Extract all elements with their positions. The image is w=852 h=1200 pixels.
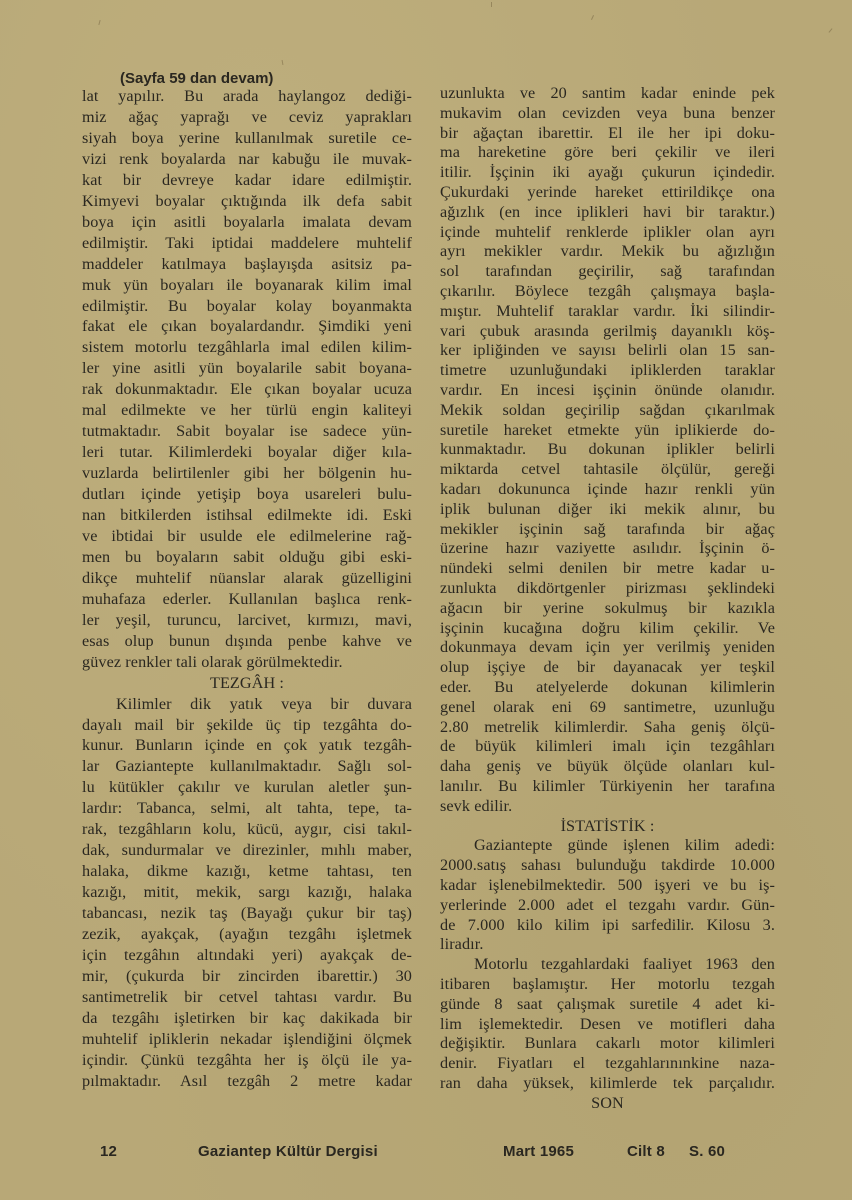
text-line: ler yine asitli yün boyalarile sabit boy… xyxy=(82,359,412,377)
text-line: vardır. En incesi işçinin önünde olanıdı… xyxy=(440,381,775,399)
text-line: çıkarılır. Böylece tezgâh çalışmaya başl… xyxy=(440,282,775,300)
text-line: denir. Fiyatları el tezgahlarınınkine na… xyxy=(440,1054,775,1072)
section-heading: SON xyxy=(440,1094,775,1112)
text-line: iplik bulunan diğer iki mekik alınır, bu xyxy=(440,500,775,518)
footer-volume: Cilt 8 xyxy=(627,1143,665,1160)
text-line: yerlerinde 2.000 adet el tezgahı vardır.… xyxy=(440,896,775,914)
text-line: dikçe muhtelif nüanslar alarak güzelligi… xyxy=(82,569,412,587)
text-line: halaka, dikme kazığı, ketme tahtası, ten xyxy=(82,862,412,880)
section-heading: TEZGÂH : xyxy=(82,674,412,692)
text-line: Mekik soldan geçirilip sağdan çıkarılmak xyxy=(440,401,775,419)
text-line: Motorlu tezgahlardaki faaliyet 1963 den xyxy=(440,955,775,973)
text-line: da tezgâhı işletirken bir kaç dakikada b… xyxy=(82,1009,412,1027)
text-line: lanılır. Bu kilimler Türkiyenin her tara… xyxy=(440,777,775,795)
text-line: lar Gaziantepte kullanılmaktadır. Sağlı … xyxy=(82,757,412,775)
text-line: nan bitkilerden istihsal edilmekte idi. … xyxy=(82,506,412,524)
section-heading: İSTATİSTİK : xyxy=(440,817,775,835)
text-line: içindir. Çünkü tezgâhta her iş ölçü ile … xyxy=(82,1051,412,1069)
text-line: dak, sundurmalar ve direzinler, mıhlı ma… xyxy=(82,841,412,859)
text-line: kunmaktadır. Bu dokunan iplikler belirli xyxy=(440,440,775,458)
text-line: kadar işlenebilmektedir. 500 işyeri ve b… xyxy=(440,876,775,894)
text-line: lu kütükler çakılır ve kurulan aletler ş… xyxy=(82,778,412,796)
footer-magazine-title: Gaziantep Kültür Dergisi xyxy=(198,1143,378,1160)
text-line: fakat ele çıkan boyalardandır. Şimdiki y… xyxy=(82,317,412,335)
text-line: boya için asitli boyalarla imalata devam xyxy=(82,213,412,231)
text-line: ler yeşil, turuncu, larcivet, kırmızı, m… xyxy=(82,611,412,629)
text-line: daha geniş ve büyük ölçüde olanları kul- xyxy=(440,757,775,775)
text-line: miz ağaç yaprağı ve ceviz yaprakları xyxy=(82,108,412,126)
continuation-heading: (Sayfa 59 dan devam) xyxy=(120,70,273,87)
text-line: dutları içinde yetişip boya usareleri bu… xyxy=(82,485,412,503)
text-line: vari çubuk arasında gerilmiş dayanıklı k… xyxy=(440,322,775,340)
text-line: ağacın bir yerine sokulmuş bir kazıkla xyxy=(440,599,775,617)
text-line: zunlukta dikdörtgenler pirizması şeklind… xyxy=(440,579,775,597)
text-line: edilmiştir. Taki iptidai maddelere muhte… xyxy=(82,234,412,252)
text-line: muk yün boyaları ile boyanarak kilim ima… xyxy=(82,276,412,294)
text-line: 2000.satış sahası bulunduğu takdirde 10.… xyxy=(440,856,775,874)
text-line: mukavim olan cevizden veya buna benzer xyxy=(440,104,775,122)
text-line: men bu boyaların sabit olduğu gibi eski- xyxy=(82,548,412,566)
text-line: zezik, ayakçak, (ayağın tezgâhı işletmek xyxy=(82,925,412,943)
text-line: günde 8 saat çalışmak suretile 4 adet ki… xyxy=(440,995,775,1013)
text-line: ağızlık (en ince iplikleri havi bir tara… xyxy=(440,203,775,221)
text-line: kazığı, mitit, mekik, sargı kazığı, hala… xyxy=(82,883,412,901)
text-line: esas olup bunun dışında penbe kahve ve xyxy=(82,632,412,650)
magazine-page: (Sayfa 59 dan devam) lat yapılır. Bu ara… xyxy=(0,0,852,1200)
text-line: sistem motorlu tezgâhlarla imal edilen k… xyxy=(82,338,412,356)
text-line: Gaziantepte günde işlenen kilim adedi: xyxy=(440,836,775,854)
text-line: suretile hareket etmekte yün iplikierde … xyxy=(440,421,775,439)
text-line: ran daha yüksek, kilimlerde tek parçalıd… xyxy=(440,1074,775,1092)
footer-page-number: 12 xyxy=(100,1143,117,1160)
text-line: rak dokunmaktadır. Ele çıkan boyalar ucu… xyxy=(82,380,412,398)
text-line: itibaren başlamıştır. Her motorlu tezgah xyxy=(440,975,775,993)
footer-date: Mart 1965 xyxy=(503,1143,574,1160)
text-line: sevk edilir. xyxy=(440,797,775,815)
text-line: pılmaktadır. Asıl tezgâh 2 metre kadar xyxy=(82,1072,412,1090)
text-line: genel olarak eni 69 santimetre, uzunluğu xyxy=(440,698,775,716)
text-line: bir ağaçtan ibarettir. El ile her ipi do… xyxy=(440,124,775,142)
text-line: leri tutar. Kilimlerdeki boyalar diğer k… xyxy=(82,443,412,461)
text-line: ker ipliğinden ve sayısı belirli olan 15… xyxy=(440,341,775,359)
text-line: timetre uzunluğundaki ipliklerden tarakl… xyxy=(440,361,775,379)
text-line: dokunmaya devam için yer verilmiş yenide… xyxy=(440,638,775,656)
text-line: tutmaktadır. Sabit boyalar ise sadece yü… xyxy=(82,422,412,440)
text-line: Kilimler dik yatık veya bir duvara xyxy=(82,695,412,713)
text-line: lim işlemektedir. Desen ve motifleri dah… xyxy=(440,1015,775,1033)
text-line: ma hareketine göre beri çekilir ve ileri xyxy=(440,143,775,161)
text-line: olup işçiye de bir dayanacak yer teşkil xyxy=(440,658,775,676)
text-line: lardır: Tabanca, selmi, alt tahta, tepe,… xyxy=(82,799,412,817)
text-line: Çukurdaki yerinde hareket ettirildikçe o… xyxy=(440,183,775,201)
text-line: kadarı dokununca içinde hazır renkli yün xyxy=(440,480,775,498)
text-line: miktarda cetvel tahtasile ölçülür, gereğ… xyxy=(440,460,775,478)
text-line: mekikler işçinin sağ tarafında bir ağaç xyxy=(440,520,775,538)
text-line: ve ibtidai bir usulde ele edilmelerine r… xyxy=(82,527,412,545)
text-line: vizi renk boyalarda nar kabuğu ile muvak… xyxy=(82,150,412,168)
text-line: sol tarafından geçirilir, sağ tarafından xyxy=(440,262,775,280)
text-line: de 7.000 kilo kilim ipi sarfedilir. Kilo… xyxy=(440,916,775,934)
text-line: mıştır. Muhtelif taraklar vardır. İki si… xyxy=(440,302,775,320)
text-line: liradır. xyxy=(440,935,775,953)
text-line: vuzlarda belirtilenler gibi her bölgenin… xyxy=(82,464,412,482)
text-line: işçinin kucağına doğru kilim çekilir. Ve xyxy=(440,619,775,637)
text-line: santimetrelik bir cetvel tahtası vardır.… xyxy=(82,988,412,1006)
text-line: nündeki selmi denilen bir metre kadar u- xyxy=(440,559,775,577)
text-line: ayrı mekikler vardır. Mekik bu ağızlığın xyxy=(440,242,775,260)
text-line: üzerine hazır vaziyette asılıdır. İşçini… xyxy=(440,539,775,557)
text-line: rak, tezgâhların kolu, kücü, aygır, cisi… xyxy=(82,820,412,838)
text-line: mir, (çukurda bir zincirden ibarettir.) … xyxy=(82,967,412,985)
text-line: değişiktir. Bunlara cakarlı motor kiliml… xyxy=(440,1034,775,1052)
text-line: eder. Bu atelyelerde dokunan kilimlerin xyxy=(440,678,775,696)
text-line: güvez renkler tali olarak görülmektedir. xyxy=(82,653,412,671)
text-line: uzunlukta ve 20 santim kadar eninde pek xyxy=(440,84,775,102)
text-line: muhafaza ederler. Kullanılan başlıca ren… xyxy=(82,590,412,608)
text-line: dayalı mail bir şekilde üç tip tezgâhta … xyxy=(82,716,412,734)
text-line: itilir. İşçinin iki ayağı çukurun içinde… xyxy=(440,163,775,181)
text-line: maddeler katılmaya başlayışda asitsiz pa… xyxy=(82,255,412,273)
text-line: kunur. Bunların içinde en çok yatık tezg… xyxy=(82,736,412,754)
text-line: de büyük kilimleri imalı için tezgâhları xyxy=(440,737,775,755)
text-line: lat yapılır. Bu arada haylangoz dediği- xyxy=(82,87,412,105)
text-line: siyah boya yerine kullanılmak suretile c… xyxy=(82,129,412,147)
text-line: mal edilmekte ve her türlü engin kalitey… xyxy=(82,401,412,419)
text-line: için tezgâhın altındaki yeri) ayakçak de… xyxy=(82,946,412,964)
text-line: Kimyevi boyalar çıktığında ilk defa sabi… xyxy=(82,192,412,210)
text-line: muhtelif ipliklerin nekadar işlendiğini … xyxy=(82,1030,412,1048)
text-line: tabancası, nezik taş (Bayağı çukur bir t… xyxy=(82,904,412,922)
text-line: içinde muhtelif renklerde iplikler olan … xyxy=(440,223,775,241)
text-line: edilmiştir. Bu boyalar kolay boyanmakta xyxy=(82,297,412,315)
text-line: 2.80 metrelik kilimlerdir. Saha geniş öl… xyxy=(440,718,775,736)
footer-issue: S. 60 xyxy=(689,1143,725,1160)
text-line: kat bir devreye kadar idare edilmiştir. xyxy=(82,171,412,189)
